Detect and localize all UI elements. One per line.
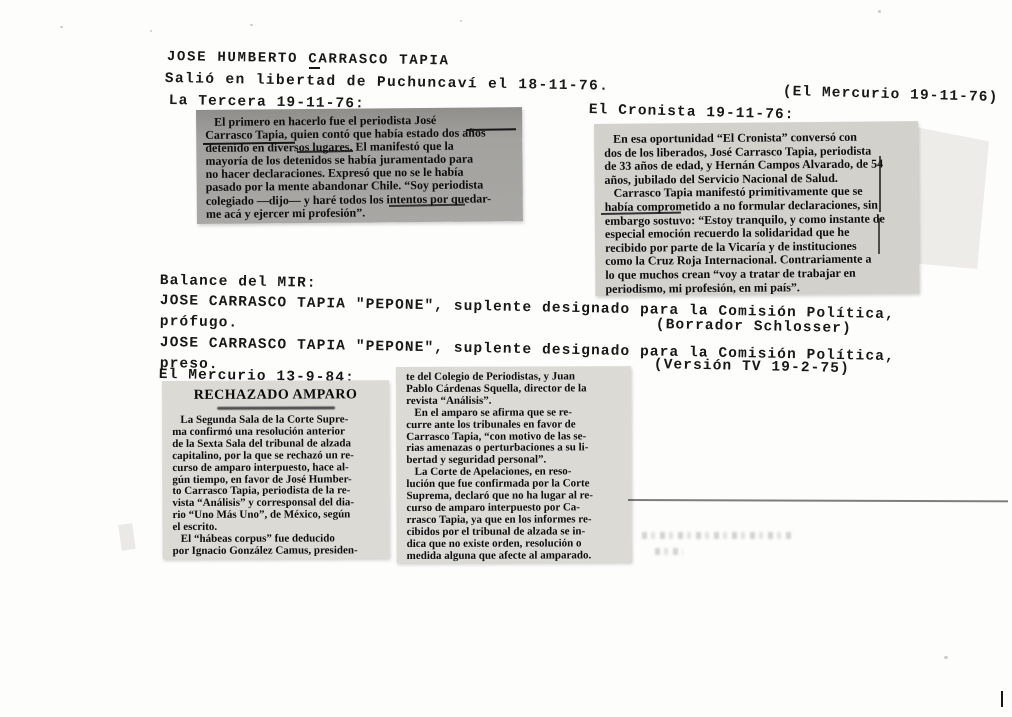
release-line: Salió en libertad de Puchuncaví el 18-11… [165, 71, 610, 95]
balance-entry1-status: prófugo. [160, 314, 239, 332]
la-tercera-clipping-text: El primero en hacerlo fue el periodista … [196, 107, 523, 221]
scan-line-artifact [628, 499, 1008, 502]
mercurio-col2-text: te del Colegio de Periodistas, y Juan Pa… [396, 366, 632, 562]
mercurio-clipping-left-column: RECHAZADO AMPARO La Segunda Sala de la C… [162, 380, 390, 559]
clipping-shadow-patch [915, 127, 989, 269]
torn-edge-fragment [118, 523, 135, 551]
balance-entry1-line: JOSE CARRASCO TAPIA "PEPONE", suplente d… [160, 293, 895, 323]
scan-speck [250, 24, 253, 26]
balance-title: Balance del MIR: [160, 273, 317, 292]
el-mercurio-credit-label: (El Mercurio 19-11-76) [783, 84, 999, 106]
mercurio-headline: RECHAZADO AMPARO [162, 387, 389, 404]
headline-rule [217, 406, 335, 409]
scan-speck [150, 30, 152, 32]
crease-line-upper [879, 156, 881, 212]
scan-speck [460, 20, 462, 22]
bleed-through-marks [642, 532, 792, 539]
mercurio-col1-text: La Segunda Sala de la Corte Supre- ma co… [162, 414, 389, 558]
scan-speck [878, 10, 881, 13]
el-cronista-clipping-text: En esa oportunidad “El Cronista” convers… [594, 121, 919, 296]
balance-entry2-credit: (Versión TV 19-2-75) [654, 357, 850, 377]
balance-entry1-credit: (Borrador Schlosser) [656, 317, 852, 337]
underline-mark-carrasco-c [309, 67, 320, 69]
scanned-document-page: JOSE HUMBERTO CARRASCO TAPIA Salió en li… [0, 0, 1012, 717]
mercurio-clipping-right-column: te del Colegio de Periodistas, y Juan Pa… [396, 366, 632, 563]
la-tercera-clipping: El primero en hacerlo fue el periodista … [196, 107, 523, 224]
scan-speck [944, 656, 948, 659]
el-cronista-clipping: En esa oportunidad “El Cronista” convers… [594, 121, 919, 296]
crease-line-lower [878, 218, 880, 254]
el-cronista-source-label: El Cronista 19-11-76: [589, 102, 795, 123]
page-edge-tick [1001, 691, 1003, 707]
bleed-through-marks-small [655, 548, 683, 555]
scan-speck [60, 26, 63, 28]
